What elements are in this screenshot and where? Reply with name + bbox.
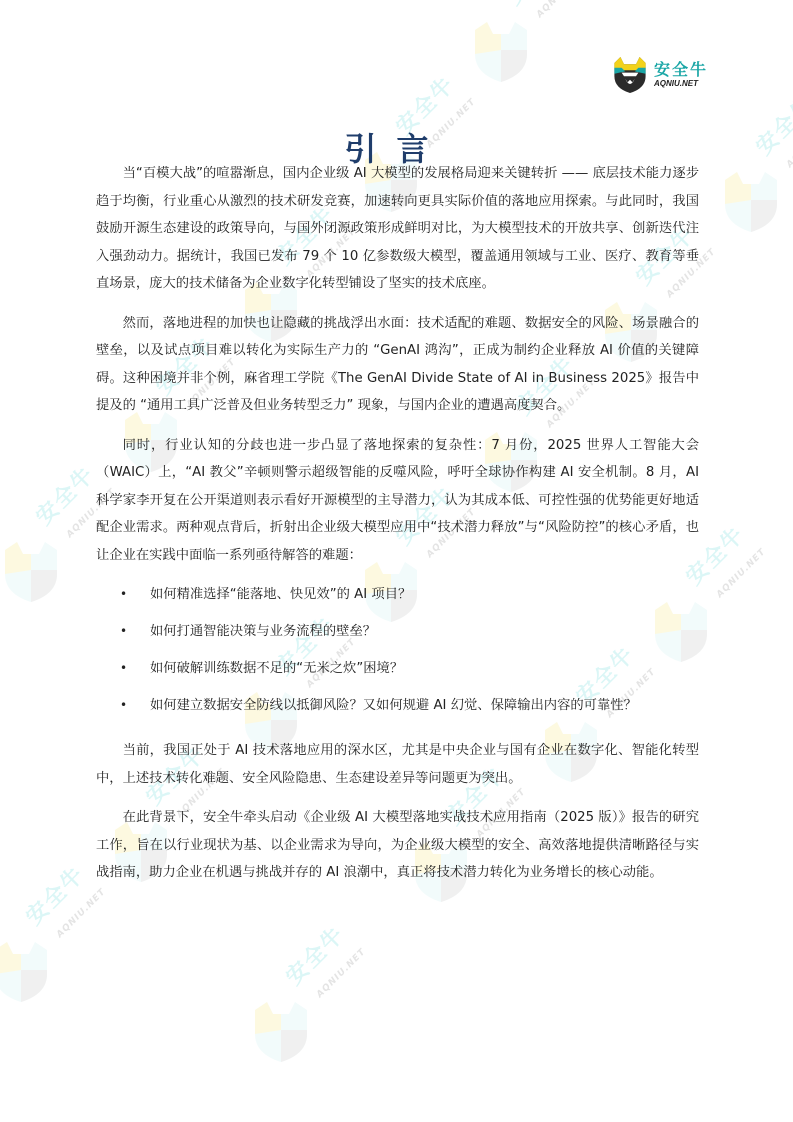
paragraph: 然而，落地进程的加快也让隐藏的挑战浮出水面：技术适配的难题、数据安全的风险、场景… <box>96 310 699 420</box>
watermark-logo-icon <box>0 540 62 604</box>
shield-logo-icon <box>612 55 648 95</box>
watermark-logo-icon <box>720 170 782 234</box>
bullet-icon: • <box>96 581 150 609</box>
list-item: • 如何精准选择“能落地、快见效”的 AI 项目？ <box>96 581 699 618</box>
watermark-logo-icon <box>250 1000 312 1064</box>
bullet-icon: • <box>96 692 150 720</box>
list-item: • 如何破解训练数据不足的“无米之炊”困境？ <box>96 655 699 692</box>
question-list: • 如何精准选择“能落地、快见效”的 AI 项目？ • 如何打通智能决策与业务流… <box>96 581 699 729</box>
list-item: • 如何建立数据安全防线以抵御风险？又如何规避 AI 幻觉、保障输出内容的可靠性… <box>96 692 699 729</box>
bullet-icon: • <box>96 655 150 683</box>
watermark-tile: 安全牛 AQNIU.NET <box>0 900 140 1010</box>
watermark-logo-icon <box>470 20 532 84</box>
paragraph: 当“百模大战”的喧嚣渐息，国内企业级 AI 大模型的发展格局迎来关键转折 —— … <box>96 160 699 298</box>
list-item: • 如何打通智能决策与业务流程的壁垒？ <box>96 618 699 655</box>
brand-name-cn: 安全牛 <box>654 61 708 79</box>
paragraph: 在此背景下，安全牛牵头启动《企业级 AI 大模型落地实战技术应用指南（2025 … <box>96 804 699 887</box>
watermark-tile: 安全牛 AQNIU.NET <box>470 0 620 90</box>
watermark-tile: 安全牛 AQNIU.NET <box>250 960 400 1070</box>
paragraph: 同时，行业认知的分歧也进一步凸显了落地探索的复杂性：7 月份，2025 世界人工… <box>96 432 699 570</box>
document-body: 当“百模大战”的喧嚣渐息，国内企业级 AI 大模型的发展格局迎来关键转折 —— … <box>96 160 699 899</box>
brand-logo: 安全牛 AQNIU.NET <box>612 55 708 95</box>
bullet-icon: • <box>96 618 150 646</box>
paragraph: 当前，我国正处于 AI 技术落地应用的深水区，尤其是中央企业与国有企业在数字化、… <box>96 737 699 792</box>
brand-name-en: AQNIU.NET <box>654 79 708 89</box>
watermark-logo-icon <box>0 940 52 1004</box>
